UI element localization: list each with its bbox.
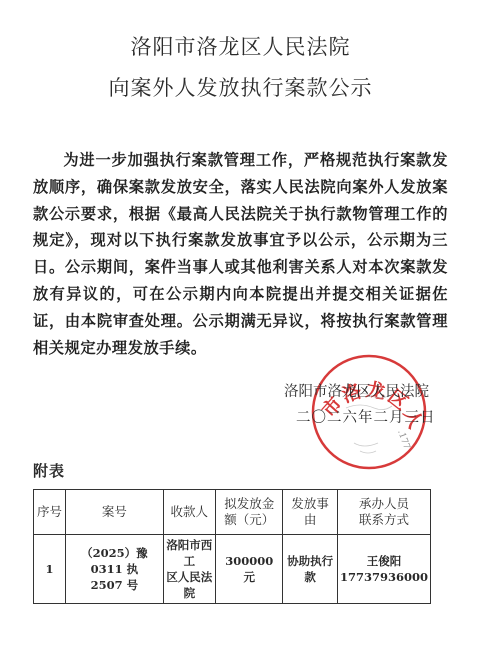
- header-case-number: 案号: [66, 490, 163, 535]
- attachment-label: 附表: [33, 460, 65, 481]
- signature-organization: 洛阳市洛龙区人民法院: [284, 380, 429, 401]
- court-name-title: 洛阳市洛龙区人民法院: [0, 31, 481, 61]
- body-paragraph: 为进一步加强执行案款管理工作，严格规范执行案款发放顺序，确保案款发放安全，落实人…: [33, 147, 448, 361]
- cell-amount: 300000 元: [216, 535, 283, 604]
- header-amount: 拟发放金额（元）: [216, 490, 283, 535]
- cell-contact: 王俊阳17737936000: [337, 535, 430, 604]
- cell-case-number: （2025）豫 0311 执2507 号: [66, 535, 163, 604]
- table-header-row: 序号 案号 收款人 拟发放金额（元） 发放事由 承办人员联系方式: [34, 490, 431, 535]
- header-index: 序号: [34, 490, 66, 535]
- disbursement-table: 序号 案号 收款人 拟发放金额（元） 发放事由 承办人员联系方式 1 （2025…: [33, 489, 431, 604]
- header-reason: 发放事由: [283, 490, 338, 535]
- notice-body: 为进一步加强执行案款管理工作，严格规范执行案款发放顺序，确保案款发放安全，落实人…: [33, 147, 448, 361]
- document-page: 洛阳市洛龙区人民法院 向案外人发放执行案款公示 为进一步加强执行案款管理工作，严…: [0, 0, 481, 650]
- cell-index: 1: [34, 535, 66, 604]
- cell-reason: 协助执行款: [283, 535, 338, 604]
- cell-payee: 洛阳市西工区人民法院: [163, 535, 216, 604]
- notice-title: 向案外人发放执行案款公示: [0, 72, 481, 102]
- signature-date: 二〇二六年二月三日: [296, 406, 436, 427]
- header-payee: 收款人: [163, 490, 216, 535]
- table-row: 1 （2025）豫 0311 执2507 号 洛阳市西工区人民法院 300000…: [34, 535, 431, 604]
- header-contact: 承办人员联系方式: [337, 490, 430, 535]
